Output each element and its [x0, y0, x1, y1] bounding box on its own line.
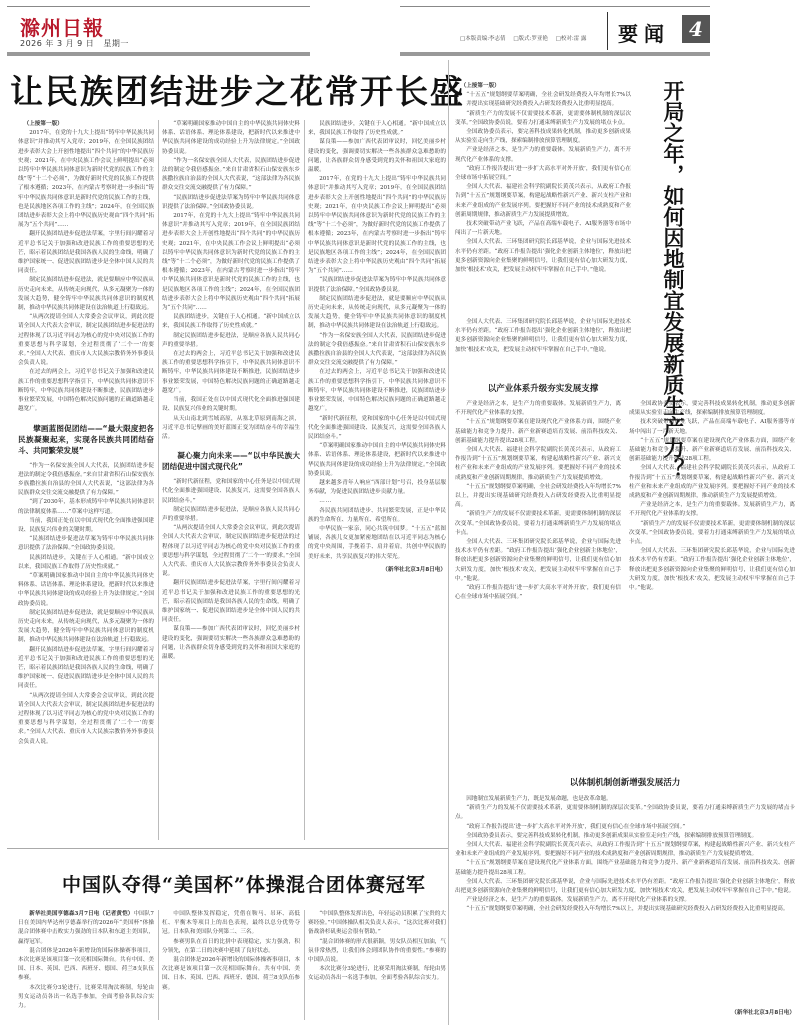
paragraph: “草案明确国家推动中国自主的中华民族共同体史料体系、话语体系、理论体系建设，把新…	[18, 572, 154, 609]
paragraph: 全国人大代表、三环集团研究院长邱基华说，企业与国际先进技术水平仍有差距。“政府工…	[455, 318, 631, 355]
paragraph: 在过去的两会上，习近平总书记关于加强和改进民族工作的重要思想科学指引下，中华民族…	[18, 368, 154, 414]
paragraph: “新质生产力的发展不仅需要技术革新，更需要体制机制的深层次变革。”全国政协委员说…	[455, 804, 795, 822]
article-1-column-2: “草案明确国家推动中国自主的中华民族共同体史料体系、话语体系、理论体系建设，把新…	[162, 120, 300, 843]
paragraph: “十五五”规划纲要草案明确，全社会研发经费投入年均增长7%以上，并提出实现基础研…	[455, 91, 631, 109]
paragraph: “民族团结进步促进法草案为铸牢中华民族共同体意识提供了法治保障。”全国政协委员说…	[308, 276, 446, 294]
paragraph: 全国政协委员表示，要完善科技成果转化机制，推动更多创新成果从实验室走向生产线，探…	[455, 128, 631, 146]
article-3-dateline: 新华社美国亨德森3月7日电（记者黄恺）	[29, 911, 133, 917]
paragraph: “十五五”规划纲要草案在建设现代化产业体系方面，围绕产业基础能力和竞争力提升、新…	[455, 859, 795, 877]
paragraph: 全国政协委员表示，要完善科技成果转化机制，推动更多创新成果从实验室走向生产线，探…	[629, 400, 795, 418]
paragraph: 谋良策——参加广西代表团审议时，回忆美丽乡村建设的变化，强调要切实解决一些各族群…	[162, 625, 300, 662]
paragraph: 2017年，在党的十九大上提出“铸牢中华民族共同体意识”并推动其写入党章；201…	[308, 175, 446, 276]
paragraph: 全国人大代表、福建社会科学院副院长黄茂兴表示，从政府工作报告到“十五五”规划纲要…	[629, 464, 795, 501]
continued-label: （上接第一版）	[18, 120, 154, 129]
article-2-subhead-2: 以体制机制创新增强发展活力	[455, 776, 795, 788]
paragraph: “新时代新征程，党和国家的中心任务是以中国式现代化全面推进强国建设、民族复兴，这…	[308, 415, 446, 443]
article-2-body-2: 因地制宜发展新质生产力，既是发展命题，也是改革命题。 “新质生产力的发展不仅需要…	[455, 795, 795, 1000]
article-1-credit: （新华社北京3月8日电）	[308, 566, 446, 575]
paragraph: 混合团体是2026年新增设的国际体操赛事项目，本次比赛是该项目第一次亮相国际舞台…	[18, 947, 154, 984]
paragraph: 翻开民族团结进步促进法草案，字里行间闪耀着习近平总书记关于加强和改进民族工作的重…	[162, 579, 300, 625]
article-1-headline: 让民族团结进步之花常开长盛	[10, 66, 465, 113]
article-3-column-1: 新华社美国亨德森3月7日电（记者黄恺）中国队7日在美国内华达州亨德森举行的202…	[18, 910, 154, 1020]
paragraph: “十五五”规划纲要草案在建设现代化产业体系方面，围绕产业基础能力和竞争力提升、新…	[629, 437, 795, 465]
paragraph: “中国队整体发挥出色，年轻运动员积累了宝贵的大赛经验。”中国体操队相关负责人表示…	[308, 910, 446, 938]
paragraph: 全国人大代表、三环集团研究院长邱基华说，企业与国际先进技术水平仍有差距。“政府工…	[629, 547, 795, 593]
article-2-top-block: （上接第一版） “十五五”规划纲要草案明确，全社会研发经费投入年均增长7%以上，…	[455, 82, 631, 342]
paragraph: 因地制宜发展新质生产力，既是发展命题，也是改革命题。	[455, 795, 795, 804]
article-2-subhead-1: 以产业体系升级夯实发展支撑	[455, 382, 631, 394]
paragraph: 在过去的两会上，习近平总书记关于加强和改进民族工作的重要思想科学指引下，中华民族…	[162, 350, 300, 396]
column-divider	[304, 910, 305, 1020]
paragraph: 民族团结进步，关键在于人心相通。“新中国成立以来，我国民族工作取得了历史性成就。…	[18, 554, 154, 572]
article-1-subhead-1: 擘画蓝图促团结——“最大限度把各民族凝聚起来，实现各民族共同团结奋斗、共同繁荣发…	[18, 423, 154, 456]
paragraph: “从两次提请全国人大常委会会议审议，到此次提请全国人大代表大会审议，制定民族团结…	[18, 313, 154, 368]
paragraph: 技术突破带动产业飞跃，产品在高端车载电子、AI服务器等市场中闯出了一片新天地。	[455, 220, 631, 238]
paragraph: 全国人大代表、三环集团研究院长邱基华说，企业与国际先进技术水平仍有差距。“政府工…	[455, 538, 621, 584]
column-divider	[158, 910, 159, 1020]
paragraph: 谋良策——参加广西代表团审议时，回忆美丽乡村建设的变化，强调要切实解决一些各族群…	[308, 138, 446, 175]
article-3-headline: 中国队夺得“美国杯”体操混合团体赛冠军	[62, 870, 426, 897]
page-header: □本版责编:李志倩 □版式:罗亚艳 □校对:雷 露 要闻 4	[400, 6, 710, 57]
paragraph: “新质生产力的发展不仅需要技术革新，更需要体制机制的深层次变革。”全国政协委员说…	[455, 110, 631, 128]
paragraph: 当前，我国正处在以中国式现代化全面推进强国建设、民族复兴伟业的关键时期。	[18, 517, 154, 535]
paragraph: 当前，我国正处在以中国式现代化全面推进强国建设、民族复兴伟业的关键时期。	[162, 396, 300, 414]
paragraph: 2017年，在党的十九大上提出“铸牢中华民族共同体意识”并推动其写入党章；201…	[18, 129, 154, 230]
column-divider	[158, 120, 159, 840]
paragraph: 制定民族团结进步促进法，是顺应各族人民共同心声的重要举措。	[162, 506, 300, 524]
article-3-column-2: 中国队整体发挥稳定，凭借在鞍马、吊环、高低杠、平衡木等项目上的出色表现，最终以总…	[162, 910, 300, 1020]
paragraph: “从两次提请全国人大常委会会议审议，到此次提请全国人大代表大会审议，制定民族团结…	[162, 524, 300, 579]
article-2-credit: （新华社北京3月8日电）	[620, 1009, 795, 1018]
paragraph: 产业是经济之本，是生产力的重要载体。发展新质生产力，离不开现代化产业体系的支撑。	[629, 501, 795, 519]
paragraph: “作为一名保安族全国人大代表，民族团结进步促进法的制定令我倍感振奋。”来自甘肃省…	[162, 157, 300, 194]
paragraph: 制定民族团结进步促进法，就是要顺应中华民族从历史走向未来，从传统走向现代，从多元…	[308, 295, 446, 332]
paragraph: 在过去的两会上，习近平总书记关于加强和改进民族工作的重要思想科学指引下，中华民族…	[308, 368, 446, 414]
newspaper-logo: 滁州日報	[20, 12, 104, 41]
weekday-text: 星期一	[103, 39, 129, 48]
article-2-credit-wrap: （新华社北京3月8日电）	[620, 1005, 795, 1019]
paragraph: 越来越多青年人响应“西部计划”号召，投身基层服务奉献，为促进民族团结进步贡献力量…	[308, 479, 446, 497]
paragraph: “民族团结进步促进法草案为铸牢中华民族共同体意识提供了法治保障。”全国政协委员说…	[162, 194, 300, 212]
paragraph: 全国人大代表、福建社会科学院副院长黄茂兴表示，从政府工作报告到“十五五”规划纲要…	[455, 446, 621, 483]
column-divider	[304, 120, 305, 840]
page-number-badge: 4	[682, 15, 710, 43]
paragraph: 技术突破带动产业飞跃，产品在高端车载电子、AI服务器等市场中闯出了一片新天地。	[629, 418, 795, 436]
paragraph: 产业是经济之本，是生产力的重要载体。发展新质生产力，离不开现代化产业体系的支撑。	[455, 400, 621, 418]
paragraph: “十五五”规划纲要草案明确，全社会研发经费投入年均增长7%以上，并提出实现基础研…	[455, 905, 795, 914]
paragraph: 2017年，在党的十九大上提出“铸牢中华民族共同体意识”并推动其写入党章；201…	[162, 212, 300, 313]
masthead-top-rule	[7, 6, 310, 7]
credit-editor: □本版责编:李志倩	[460, 36, 506, 42]
paragraph: “作为一名保安族全国人大代表，民族团结进步促进法的制定令我倍感振奋。”来自甘肃省…	[308, 332, 446, 369]
header-bottom-rule	[400, 52, 710, 56]
editor-credits: □本版责编:李志倩 □版式:罗亚艳 □校对:雷 露	[460, 34, 592, 42]
paragraph: 产业是经济之本，是生产力的重要载体。发展新质生产力，离不开现代化产业体系的支撑。	[455, 146, 631, 164]
paragraph: “新质生产力的发展不仅需要技术革新，更需要体制机制的深层次变革。”全国政协委员说…	[455, 510, 621, 538]
paragraph: 本次比赛分3轮进行，比赛采用淘汰赛制，每轮由男女运动员各出一名选手参加，全面考验…	[308, 965, 446, 983]
paragraph: “新时代新征程，党和国家的中心任务是以中国式现代化全面推进强国建设、民族复兴，这…	[162, 478, 300, 506]
paragraph: 从天山南北到雪域高原，从塞北草原到南海之滨，习近平总书记擘画的美好蓝图正变为团结…	[162, 415, 300, 443]
paragraph: “草案明确国家推动中国自主的中华民族共同体史料体系、话语体系、理论体系建设，把新…	[162, 120, 300, 157]
article-3-column-3: “中国队整体发挥出色，年轻运动员积累了宝贵的大赛经验。”中国体操队相关负责人表示…	[308, 910, 446, 1020]
column-divider	[448, 60, 449, 1025]
paragraph: 参赛男队在首日的比拼中表现稳定，实力强劲，积分领先，在第二日的决赛中延续了良好状…	[162, 938, 300, 956]
paragraph: 产业是经济之本，是生产力的重要载体。发展新质生产力，离不开现代化产业体系的支撑。	[455, 896, 795, 905]
paragraph: “从两次提请全国人大常委会会议审议，到此次提请全国人大代表大会审议，制定民族团结…	[18, 692, 154, 747]
paragraph: “民族团结进步促进法草案为铸牢中华民族共同体意识提供了法治保障。”全国政协委员说…	[18, 535, 154, 553]
paragraph: 民族团结进步，关键在于人心相通。“新中国成立以来，我国民族工作取得了历史性成就。…	[308, 120, 446, 138]
paragraph: 混合团体是2026年新增设的国际体操赛事项目，本次比赛是该项目第一次亮相国际舞台…	[162, 956, 300, 993]
article-3-lead: 新华社美国亨德森3月7日电（记者黄恺）中国队7日在美国内华达州亨德森举行的202…	[18, 910, 154, 947]
paragraph: 翻开民族团结进步促进法草案，字里行间闪耀着习近平总书记关于加强和改进民族工作的重…	[18, 230, 154, 276]
paragraph: 中国队整体发挥稳定，凭借在鞍马、吊环、高低杠、平衡木等项目上的出色表现，最终以总…	[162, 910, 300, 938]
header-top-rule	[400, 6, 710, 7]
paragraph: “混合团体赛的形式很新颖，男女队员相互加油，气氛非常热烈，让我们体会到团队协作的…	[308, 938, 446, 966]
ellipsis: ……	[308, 497, 446, 506]
credit-proofreader: □校对:雷 露	[556, 36, 587, 42]
article-1-subhead-2: 凝心聚力向未来——“以中华民族大团结促进中国式现代化”	[162, 450, 300, 472]
paragraph: 制定民族团结进步促进法，就是要顺应中华民族从历史走向未来，从传统走向现代，从多元…	[18, 609, 154, 646]
continued-label: （上接第一版）	[455, 82, 631, 91]
article-2-body-1: 产业是经济之本，是生产力的重要载体。发展新质生产力，离不开现代化产业体系的支撑。…	[455, 400, 795, 770]
paragraph: 民族团结进步，关键在于人心相通。“新中国成立以来，我国民族工作取得了历史性成就。…	[162, 313, 300, 331]
article-1-column-1: （上接第一版） 2017年，在党的十九大上提出“铸牢中华民族共同体意识”并推动其…	[18, 120, 154, 843]
paragraph: “草案明确国家推动中国自主的中华民族共同体史料体系、话语体系、理论体系建设，把新…	[308, 442, 446, 479]
paragraph: 全国政协委员表示，要完善科技成果转化机制，推动更多创新成果从实验室走向生产线，探…	[455, 832, 795, 841]
paragraph: 各民族共同团结进步、共同繁荣发展，正是中华民族的生命所在、力量所在、希望所在。	[308, 507, 446, 525]
credit-layout: □版式:罗亚艳	[513, 36, 548, 42]
paragraph: 制定民族团结进步促进法，是顺应各族人民共同心声的重要举措。	[162, 332, 300, 350]
issue-date: 2026 年 3 月 9 日 星期一	[20, 38, 129, 49]
paragraph: 翻开民族团结进步促进法草案，字里行间闪耀着习近平总书记关于加强和改进民族工作的重…	[18, 646, 154, 692]
paragraph: 全国人大代表、福建社会科学院副院长黄茂兴表示，从政府工作报告到“十五五”规划纲要…	[455, 841, 795, 859]
masthead-bottom-rule	[7, 52, 310, 56]
paragraph: 本次比赛分3轮进行，比赛采用淘汰赛制，每轮由男女运动员各出一名选手参加，全面考验…	[18, 984, 154, 1012]
paragraph: “作为一名保安族全国人大代表，民族团结进步促进法的制定令我倍感振奋。”来自甘肃省…	[18, 462, 154, 499]
section-title: 要闻	[618, 18, 670, 47]
article-3-divider	[7, 848, 448, 849]
paragraph: “到了2030年，基本形成铸牢中华民族共同体意识的法律制度体系……”草案中这样写…	[18, 498, 154, 516]
paragraph: “政府工作报告提出‘进一步扩大高水平对外开放’，我们更有信心在全球市场中拓展空间…	[455, 823, 795, 832]
paragraph: “政府工作报告提出‘进一步扩大高水平对外开放’，我们更有信心在全球市场中拓展空间…	[455, 584, 621, 602]
article-2-quote-block: 全国人大代表、三环集团研究院长邱基华说，企业与国际先进技术水平仍有差距。“政府工…	[455, 318, 631, 376]
paragraph: 全国人大代表、福建社会科学院副院长黄茂兴表示，从政府工作报告到“十五五”规划纲要…	[455, 183, 631, 220]
paragraph: “新质生产力的发展不仅需要技术革新，更需要体制机制的深层次变革。”全国政协委员说…	[629, 520, 795, 548]
article-1-column-3: 民族团结进步，关键在于人心相通。“新中国成立以来，我国民族工作取得了历史性成就。…	[308, 120, 446, 843]
paragraph: “十五五”规划纲要草案在建设现代化产业体系方面，围绕产业基础能力和竞争力提升、新…	[455, 418, 621, 446]
paragraph: 中华民族一家亲，同心共筑中国梦。“十五五”蓝图铺展，各族儿女更加紧密地团结在以习…	[308, 525, 446, 562]
paragraph: 全国人大代表、三环集团研究院长邱基华说，企业与国际先进技术水平仍有差距。“政府工…	[455, 238, 631, 275]
date-text: 2026 年 3 月 9 日	[20, 39, 94, 48]
header-divider	[607, 12, 608, 50]
paragraph: 全国人大代表、三环集团研究院长邱基华说，企业与国际先进技术水平仍有差距。“政府工…	[455, 878, 795, 896]
paragraph: 制定民族团结进步促进法，就是要顺应中华民族从历史走向未来，从传统走向现代，从多元…	[18, 276, 154, 313]
paragraph: “十五五”规划纲要草案明确，全社会研发经费投入年均增长7%以上，并提出实现基础研…	[455, 483, 621, 511]
paragraph: “政府工作报告提出‘进一步扩大高水平对外开放’，我们更有信心在全球市场中拓展空间…	[455, 165, 631, 183]
